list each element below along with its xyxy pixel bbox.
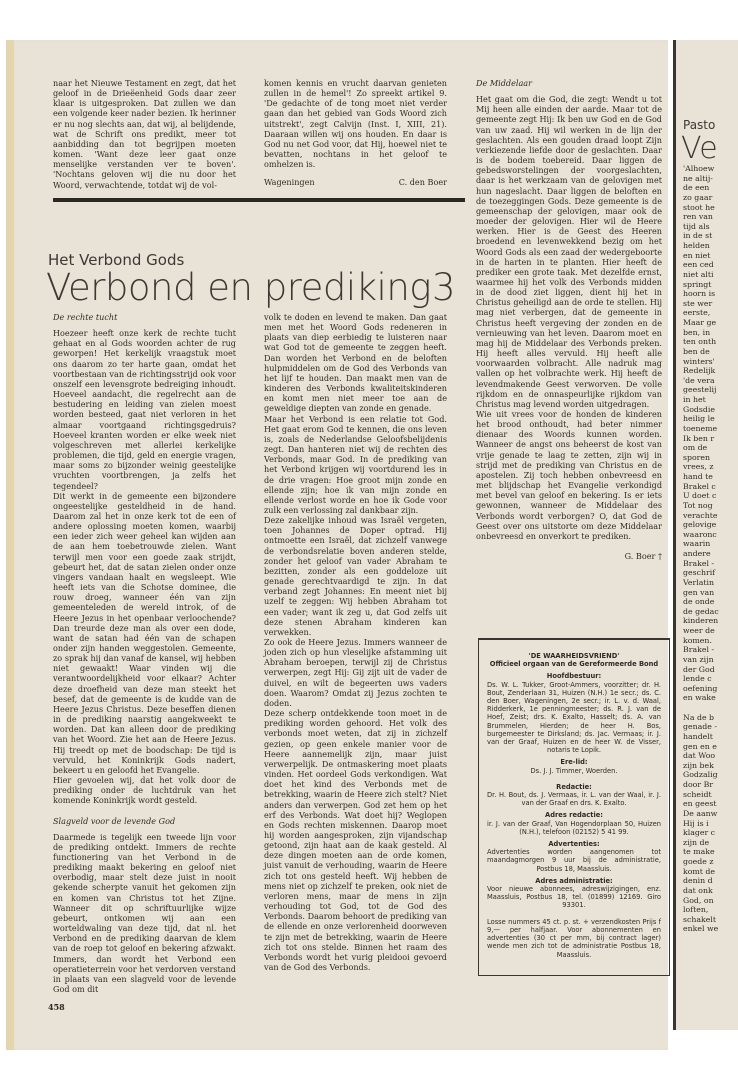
publication-subtitle: Officieel orgaan van de Gereformeerde Bo…: [487, 660, 661, 668]
right-page-line: schakelt: [683, 915, 738, 925]
right-page-line: U doet c: [683, 491, 738, 501]
continuation-column-1: naar het Nieuwe Testament en zegt, dat h…: [53, 78, 236, 190]
right-page-line: goede z: [683, 857, 738, 867]
right-page-line: Brakel -: [683, 645, 738, 655]
paragraph: Hier gevoelen wij, dat het volk door de …: [53, 775, 236, 805]
right-page-line: oefening: [683, 684, 738, 694]
right-page-line: tijd als: [683, 222, 738, 232]
continuation-text-1: naar het Nieuwe Testament en zegt, dat h…: [53, 78, 236, 190]
right-page-line: heilig le: [683, 414, 738, 424]
right-page-line: [683, 703, 738, 713]
paragraph: volk te doden en levend te maken. Dan ga…: [264, 312, 447, 414]
right-page-line: der God: [683, 665, 738, 675]
right-page-line: hand te: [683, 472, 738, 482]
ads-info: Advertenties worden aangenomen tot maand…: [487, 848, 661, 873]
right-page-line: andere: [683, 549, 738, 559]
editors: Dr. H. Bout, ds. J. Vermaas, ir. L. van …: [487, 791, 661, 807]
continuation-column-2: komen kennis en vrucht daarvan genieten …: [264, 78, 447, 188]
right-page-line: Godsdie: [683, 405, 738, 415]
subheading-rechte-tucht: De rechte tucht: [53, 312, 236, 322]
article-title: Verbond en prediking: [46, 266, 431, 309]
right-page-line: loften,: [683, 905, 738, 915]
right-page-line: vrees, z: [683, 462, 738, 472]
right-page-line: springt: [683, 280, 738, 290]
publication-name: 'DE WAARHEIDSVRIEND': [487, 652, 661, 660]
right-page-line: zo gaar: [683, 193, 738, 203]
right-page-title: Ve: [681, 131, 718, 166]
signature-line: Wageningen C. den Boer: [264, 177, 447, 187]
right-page-line: ren van: [683, 212, 738, 222]
right-page-line: Na de b: [683, 713, 738, 723]
signature-author: C. den Boer: [399, 177, 447, 187]
paragraph: Het gaat om die God, die zegt: Wendt u t…: [476, 94, 662, 409]
paragraph: Dit werkt in de gemeente een bijzondere …: [53, 491, 236, 775]
paragraph: Daarmede is tegelijk een tweede lijn voo…: [53, 832, 236, 995]
right-page-line: Verlatin: [683, 578, 738, 588]
right-page-line: door Br: [683, 780, 738, 790]
right-page-line: om de: [683, 443, 738, 453]
signature-place: Wageningen: [264, 177, 315, 187]
right-page-line: gelovige: [683, 520, 738, 530]
pricing-info: Losse nummers 45 ct. p. st. + verzendkos…: [487, 918, 661, 959]
right-page-line: komt de: [683, 867, 738, 877]
right-page-line: denin d: [683, 876, 738, 886]
article-part-number: 3: [432, 266, 456, 309]
right-page-line: de een: [683, 183, 738, 193]
right-page-line: enkel we: [683, 924, 738, 934]
right-page-line: dat onk: [683, 886, 738, 896]
right-page-kicker: Pasto: [683, 118, 715, 132]
right-page-line: 'de vera: [683, 376, 738, 386]
right-page-line: weer de: [683, 626, 738, 636]
right-page-text-column: 'Alhoewne altij-de eenzo gaarstoot heren…: [683, 164, 738, 934]
right-page-line: van zijn: [683, 655, 738, 665]
right-page-line: gen van: [683, 588, 738, 598]
right-page-line: een ced: [683, 260, 738, 270]
right-page-line: geschrif: [683, 568, 738, 578]
right-page-line: dat Woo: [683, 751, 738, 761]
right-page-line: ben de: [683, 347, 738, 357]
ads-heading: Advertenties:: [487, 840, 661, 848]
paragraph: Maar het Verbond is een relatie tot God.…: [264, 414, 447, 516]
right-page-line: Godzalig: [683, 770, 738, 780]
right-page-line: genade -: [683, 722, 738, 732]
subheading-middelaar: De Middelaar: [476, 78, 662, 88]
right-page-line: Ik ben r: [683, 434, 738, 444]
article-column-1: De rechte tucht Hoezeer heeft onze kerk …: [53, 312, 236, 994]
paragraph: Deze scherp ontdekkende toon moet in de …: [264, 708, 447, 972]
right-page-line: 'Alhoew: [683, 164, 738, 174]
article-column-3: De Middelaar Het gaat om die God, die ze…: [476, 78, 662, 561]
right-page-line: Tot nog: [683, 501, 738, 511]
editor-address: ir. J. van der Graaf, Van Hogendorplaan …: [487, 820, 661, 836]
right-page-line: Brakel -: [683, 559, 738, 569]
right-page-line: ste wer: [683, 299, 738, 309]
right-page-line: De aanw: [683, 809, 738, 819]
right-page-line: ne altij-: [683, 174, 738, 184]
right-page-line: niet alti: [683, 270, 738, 280]
paragraph: Deze zakelijke inhoud was Israël vergete…: [264, 515, 447, 637]
colophon-box: 'DE WAARHEIDSVRIEND' Officieel orgaan va…: [478, 638, 670, 976]
paragraph: Wie uit vrees voor de honden de kinderen…: [476, 409, 662, 541]
right-page-line: zijn bek: [683, 761, 738, 771]
right-page-line: lende c: [683, 674, 738, 684]
right-page-line: in de st: [683, 231, 738, 241]
right-page-line: Brakel c: [683, 482, 738, 492]
right-page-line: Hij is i: [683, 819, 738, 829]
right-page-line: God, on: [683, 896, 738, 906]
continuation-text-2: komen kennis en vrucht daarvan genieten …: [264, 78, 447, 169]
subheading-slagveld: Slagveld voor de levende God: [53, 816, 236, 826]
right-page-line: stoot he: [683, 203, 738, 213]
right-page-line: handelt: [683, 732, 738, 742]
right-page-line: Maar ge: [683, 318, 738, 328]
article-column-2: volk te doden en levend te maken. Dan ga…: [264, 312, 447, 972]
editor-address-heading: Adres redactie:: [487, 811, 661, 819]
right-page-line: de gedac: [683, 607, 738, 617]
right-page-line: helden: [683, 241, 738, 251]
admin-address: Voor nieuwe abonnees, adreswijzigingen, …: [487, 885, 661, 910]
right-page-line: in het: [683, 395, 738, 405]
right-page-line: waaronc: [683, 530, 738, 540]
right-page-line: en wake: [683, 693, 738, 703]
right-page-line: te make: [683, 847, 738, 857]
right-page-line: eerste,: [683, 308, 738, 318]
editors-heading: Redactie:: [487, 783, 661, 791]
right-page-line: klager c: [683, 828, 738, 838]
right-page-line: en niet: [683, 251, 738, 261]
right-page-line: hoorn is: [683, 289, 738, 299]
right-page-line: zijn de: [683, 838, 738, 848]
paragraph: Hoezeer heeft onze kerk de rechte tucht …: [53, 328, 236, 491]
right-page-line: scheidt: [683, 790, 738, 800]
right-page-line: geestelij: [683, 385, 738, 395]
admin-address-heading: Adres administratie:: [487, 877, 661, 885]
right-page-line: gen en e: [683, 742, 738, 752]
honorary-member: Ds. J. J. Timmer, Woerden.: [487, 767, 661, 775]
right-page-line: verachte: [683, 511, 738, 521]
honorary-heading: Ere-lid:: [487, 758, 661, 766]
right-page-line: toeneme: [683, 424, 738, 434]
right-page-line: ten onth: [683, 337, 738, 347]
right-page-line: kinderen: [683, 616, 738, 626]
paragraph: Zo ook de Heere Jezus. Immers wanneer de…: [264, 637, 447, 708]
right-page-line: winters': [683, 357, 738, 367]
right-page-line: ben, in: [683, 328, 738, 338]
right-page-line: waarin: [683, 539, 738, 549]
right-page-line: komen.: [683, 636, 738, 646]
article-author: G. Boer †: [476, 551, 662, 561]
page-number: 458: [48, 1002, 65, 1012]
board-heading: Hoofdbestuur:: [487, 672, 661, 680]
right-page-line: sporen: [683, 453, 738, 463]
right-page-line: de onde: [683, 597, 738, 607]
right-page-line: en geest: [683, 799, 738, 809]
right-page-line: Redelijk: [683, 366, 738, 376]
section-divider: [53, 198, 465, 202]
board-members: Ds. W. L. Tukker, Groot-Ammers, voorzitt…: [487, 681, 661, 755]
